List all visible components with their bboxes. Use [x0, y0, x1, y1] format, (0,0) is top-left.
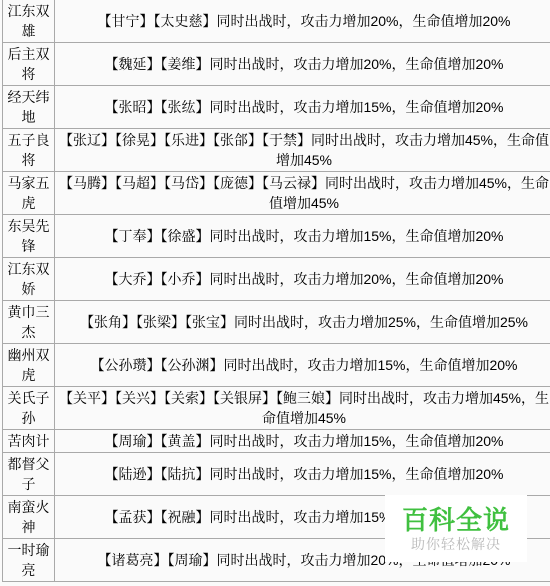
combo-effect-cell: 【陆逊】【陆抗】同时出战时，攻击力增加15%，生命值增加20%	[55, 453, 550, 496]
table-row: 马家五虎【马腾】【马超】【马岱】【庞德】【马云禄】同时出战时，攻击力增加45%，…	[3, 172, 550, 215]
combo-name-cell: 幽州双虎	[3, 344, 55, 387]
combo-name-cell: 经天纬地	[3, 86, 55, 129]
combo-name-cell: 东吴先锋	[3, 215, 55, 258]
combo-name-cell: 一时瑜亮	[3, 539, 55, 582]
combo-effect-cell: 【马腾】【马超】【马岱】【庞德】【马云禄】同时出战时，攻击力增加45%，生命值增…	[55, 172, 550, 215]
table-row: 黄巾三杰【张角】【张梁】【张宝】同时出战时，攻击力增加25%，生命值增加25%	[3, 301, 550, 344]
table-row: 苦肉计【周瑜】【黄盖】同时出战时，攻击力增加15%，生命值增加20%	[3, 430, 550, 453]
combo-name-cell: 苦肉计	[3, 430, 55, 453]
combo-name-cell: 黄巾三杰	[3, 301, 55, 344]
table-row: 都督父子【陆逊】【陆抗】同时出战时，攻击力增加15%，生命值增加20%	[3, 453, 550, 496]
combo-name-cell: 关氏子孙	[3, 387, 55, 430]
table-row: 后主双将【魏延】【姜维】同时出战时，攻击力增加20%，生命值增加20%	[3, 43, 550, 86]
combo-name-cell: 五子良将	[3, 129, 55, 172]
combo-effect-cell: 【周瑜】【黄盖】同时出战时，攻击力增加15%，生命值增加20%	[55, 430, 550, 453]
watermark-box: 百科全说 助你轻松解决	[385, 495, 527, 562]
combo-effect-cell: 【丁奉】【徐盛】同时出战时，攻击力增加15%，生命值增加20%	[55, 215, 550, 258]
combo-name-cell: 南蛮火神	[3, 496, 55, 539]
table-row: 经天纬地【张昭】【张纮】同时出战时，攻击力增加15%，生命值增加20%	[3, 86, 550, 129]
combo-effect-cell: 【甘宁】【太史慈】同时出战时，攻击力增加20%，生命值增加20%	[55, 0, 550, 43]
watermark-logo-text: 百科全说	[402, 505, 510, 535]
combo-effect-cell: 【张昭】【张纮】同时出战时，攻击力增加15%，生命值增加20%	[55, 86, 550, 129]
combo-effect-cell: 【张角】【张梁】【张宝】同时出战时，攻击力增加25%，生命值增加25%	[55, 301, 550, 344]
combo-name-cell: 马家五虎	[3, 172, 55, 215]
combo-effect-cell: 【魏延】【姜维】同时出战时，攻击力增加20%，生命值增加20%	[55, 43, 550, 86]
combo-effect-cell: 【大乔】【小乔】同时出战时，攻击力增加20%，生命值增加20%	[55, 258, 550, 301]
combo-effect-cell: 【关平】【关兴】【关索】【关银屏】【鲍三娘】同时出战时，攻击力增加45%，生命值…	[55, 387, 550, 430]
combo-effect-cell: 【公孙瓒】【公孙渊】同时出战时，攻击力增加15%，生命值增加20%	[55, 344, 550, 387]
table-row: 东吴先锋【丁奉】【徐盛】同时出战时，攻击力增加15%，生命值增加20%	[3, 215, 550, 258]
article-table-page: 江东双雄【甘宁】【太史慈】同时出战时，攻击力增加20%，生命值增加20%后主双将…	[0, 0, 550, 586]
table-row: 江东双娇【大乔】【小乔】同时出战时，攻击力增加20%，生命值增加20%	[3, 258, 550, 301]
combo-effect-cell: 【张辽】【徐晃】【乐进】【张郃】【于禁】同时出战时，攻击力增加45%，生命值增加…	[55, 129, 550, 172]
combo-name-cell: 江东双雄	[3, 0, 55, 43]
table-row: 关氏子孙【关平】【关兴】【关索】【关银屏】【鲍三娘】同时出战时，攻击力增加45%…	[3, 387, 550, 430]
table-row: 幽州双虎【公孙瓒】【公孙渊】同时出战时，攻击力增加15%，生命值增加20%	[3, 344, 550, 387]
table-row: 五子良将【张辽】【徐晃】【乐进】【张郃】【于禁】同时出战时，攻击力增加45%，生…	[3, 129, 550, 172]
combo-name-cell: 后主双将	[3, 43, 55, 86]
combo-name-cell: 都督父子	[3, 453, 55, 496]
watermark-tagline: 助你轻松解决	[411, 535, 501, 553]
table-row: 江东双雄【甘宁】【太史慈】同时出战时，攻击力增加20%，生命值增加20%	[3, 0, 550, 43]
combo-name-cell: 江东双娇	[3, 258, 55, 301]
